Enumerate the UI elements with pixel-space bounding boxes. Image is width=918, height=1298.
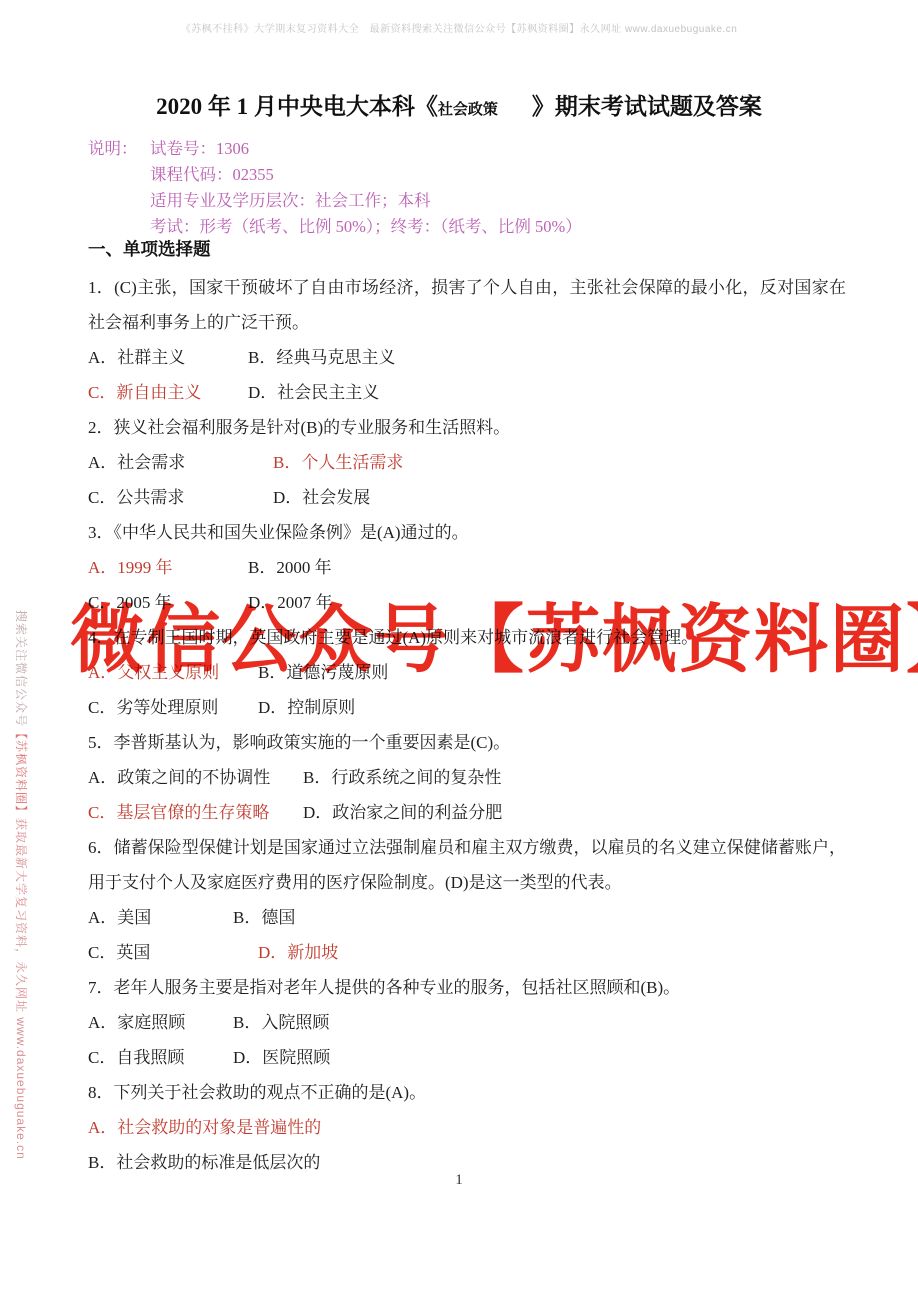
option-answer: C．基层官僚的生存策略 (88, 795, 303, 830)
note-line: 课程代码：02355 (88, 162, 582, 188)
option-row: A．政策之间的不协调性 B．行政系统之间的复杂性 (88, 760, 846, 795)
option-row: A．社会需求 B．个人生活需求 (88, 445, 846, 480)
option-row: A．1999 年 B．2000 年 (88, 550, 846, 585)
option-answer: A．1999 年 (88, 550, 248, 585)
question-text: 2．狭义社会福利服务是针对(B)的专业服务和生活照料。 (88, 410, 846, 445)
option: C．英国 (88, 935, 258, 970)
question-text: 4．在专制王国时期，英国政府主要是通过(A)原则来对城市流浪者进行社会管理。 (88, 620, 846, 655)
page-title: 2020 年 1 月中央电大本科《社会政策》期末考试试题及答案 (0, 88, 918, 121)
option: C．劣等处理原则 (88, 690, 258, 725)
option: B．2000 年 (248, 550, 332, 585)
option: C．自我照顾 (88, 1040, 233, 1075)
question-text: 5．李普斯基认为，影响政策实施的一个重要因素是(C)。 (88, 725, 846, 760)
option: A．家庭照顾 (88, 1005, 233, 1040)
option: D．政治家之间的利益分肥 (303, 795, 502, 830)
note-line: 适用专业及学历层次：社会工作；本科 (88, 188, 582, 214)
option: B．行政系统之间的复杂性 (303, 760, 501, 795)
option-answer: D．新加坡 (258, 935, 338, 970)
question-block: 3．《中华人民共和国失业保险条例》是(A)通过的。 A．1999 年 B．200… (88, 515, 846, 620)
side-watermark-gray: 搜索关注微信公众号 (14, 610, 28, 727)
option: A．社会需求 (88, 445, 273, 480)
note-paper-number: 试卷号：1306 (150, 136, 249, 162)
title-course-name: 社会政策 (438, 102, 532, 118)
option-answer: B．个人生活需求 (273, 445, 403, 480)
question-text: 7．老年人服务主要是指对老年人提供的各种专业的服务，包括社区照顾和(B)。 (88, 970, 846, 1005)
question-block: 4．在专制王国时期，英国政府主要是通过(A)原则来对城市流浪者进行社会管理。 A… (88, 620, 846, 725)
option: D．社会民主主义 (248, 375, 379, 410)
option-row: A．社会救助的对象是普遍性的 (88, 1110, 846, 1145)
section-heading: 一、单项选择题 (88, 236, 211, 261)
option-row: C．劣等处理原则 D．控制原则 (88, 690, 846, 725)
question-text: 8．下列关于社会救助的观点不正确的是(A)。 (88, 1075, 846, 1110)
option: C．2005 年 (88, 585, 248, 620)
side-watermark-tail: 获取最新大学复习资料，永久网址 www.daxuebuguake.cn (14, 818, 28, 1160)
option: A．社群主义 (88, 340, 248, 375)
title-prefix: 2020 年 1 月中央电大本科《 (156, 94, 438, 119)
note-exam-form: 考试：形考（纸考、比例 50%）；终考：（纸考、比例 50%） (150, 214, 582, 240)
option-row: C．基层官僚的生存策略 D．政治家之间的利益分肥 (88, 795, 846, 830)
option-row: C．公共需求 D．社会发展 (88, 480, 846, 515)
question-block: 7．老年人服务主要是指对老年人提供的各种专业的服务，包括社区照顾和(B)。 A．… (88, 970, 846, 1075)
option-row: A．美国 B．德国 (88, 900, 846, 935)
title-suffix: 》期末考试试题及答案 (532, 94, 762, 119)
question-block: 1．(C)主张，国家干预破坏了自由市场经济，损害了个人自由，主张社会保障的最小化… (88, 270, 846, 410)
note-line: 说明： 试卷号：1306 (88, 136, 582, 162)
option-answer: A．社会救助的对象是普遍性的 (88, 1110, 321, 1145)
option-row: C．自我照顾 D．医院照顾 (88, 1040, 846, 1075)
option-row: C．新自由主义 D．社会民主主义 (88, 375, 846, 410)
option: D．社会发展 (273, 480, 370, 515)
option-row: A．社群主义 B．经典马克思主义 (88, 340, 846, 375)
page-number: 1 (0, 1172, 918, 1189)
option: B．经典马克思主义 (248, 340, 395, 375)
header-watermark-text: 《苏枫不挂科》大学期末复习资料大全 最新资料搜索关注微信公众号【苏枫资料圈】永久… (0, 20, 918, 35)
option: D．医院照顾 (233, 1040, 330, 1075)
option: C．公共需求 (88, 480, 273, 515)
option-row: A．家庭照顾 B．入院照顾 (88, 1005, 846, 1040)
question-text: 6．储蓄保险型保健计划是国家通过立法强制雇员和雇主双方缴费，以雇员的名义建立保健… (88, 830, 846, 900)
exam-document-page: 《苏枫不挂科》大学期末复习资料大全 最新资料搜索关注微信公众号【苏枫资料圈】永久… (0, 0, 918, 1298)
side-vertical-watermark: 搜索关注微信公众号【苏枫资料圈】获取最新大学复习资料，永久网址 www.daxu… (13, 610, 30, 1160)
option: B．入院照顾 (233, 1005, 329, 1040)
question-block: 2．狭义社会福利服务是针对(B)的专业服务和生活照料。 A．社会需求 B．个人生… (88, 410, 846, 515)
notes-label: 说明： (88, 136, 150, 162)
note-major-level: 适用专业及学历层次：社会工作；本科 (150, 188, 431, 214)
option-row: A．父权主义原则 B．道德污蔑原则 (88, 655, 846, 690)
option: B．德国 (233, 900, 295, 935)
option: A．美国 (88, 900, 233, 935)
option-row: C．英国 D．新加坡 (88, 935, 846, 970)
question-block: 8．下列关于社会救助的观点不正确的是(A)。 A．社会救助的对象是普遍性的 B．… (88, 1075, 846, 1180)
question-block: 6．储蓄保险型保健计划是国家通过立法强制雇员和雇主双方缴费，以雇员的名义建立保健… (88, 830, 846, 970)
exam-notes: 说明： 试卷号：1306 课程代码：02355 适用专业及学历层次：社会工作；本… (88, 136, 582, 240)
option: D．2007 年 (248, 585, 333, 620)
question-text: 3．《中华人民共和国失业保险条例》是(A)通过的。 (88, 515, 846, 550)
side-watermark-red: 【苏枫资料圈】 (14, 727, 28, 818)
option: B．道德污蔑原则 (258, 655, 388, 690)
question-list: 1．(C)主张，国家干预破坏了自由市场经济，损害了个人自由，主张社会保障的最小化… (88, 270, 846, 1180)
option: A．政策之间的不协调性 (88, 760, 303, 795)
question-block: 5．李普斯基认为，影响政策实施的一个重要因素是(C)。 A．政策之间的不协调性 … (88, 725, 846, 830)
option-row: C．2005 年 D．2007 年 (88, 585, 846, 620)
option-answer: A．父权主义原则 (88, 655, 258, 690)
option: D．控制原则 (258, 690, 355, 725)
note-course-code: 课程代码：02355 (150, 162, 274, 188)
question-text: 1．(C)主张，国家干预破坏了自由市场经济，损害了个人自由，主张社会保障的最小化… (88, 270, 846, 340)
option-answer: C．新自由主义 (88, 375, 248, 410)
